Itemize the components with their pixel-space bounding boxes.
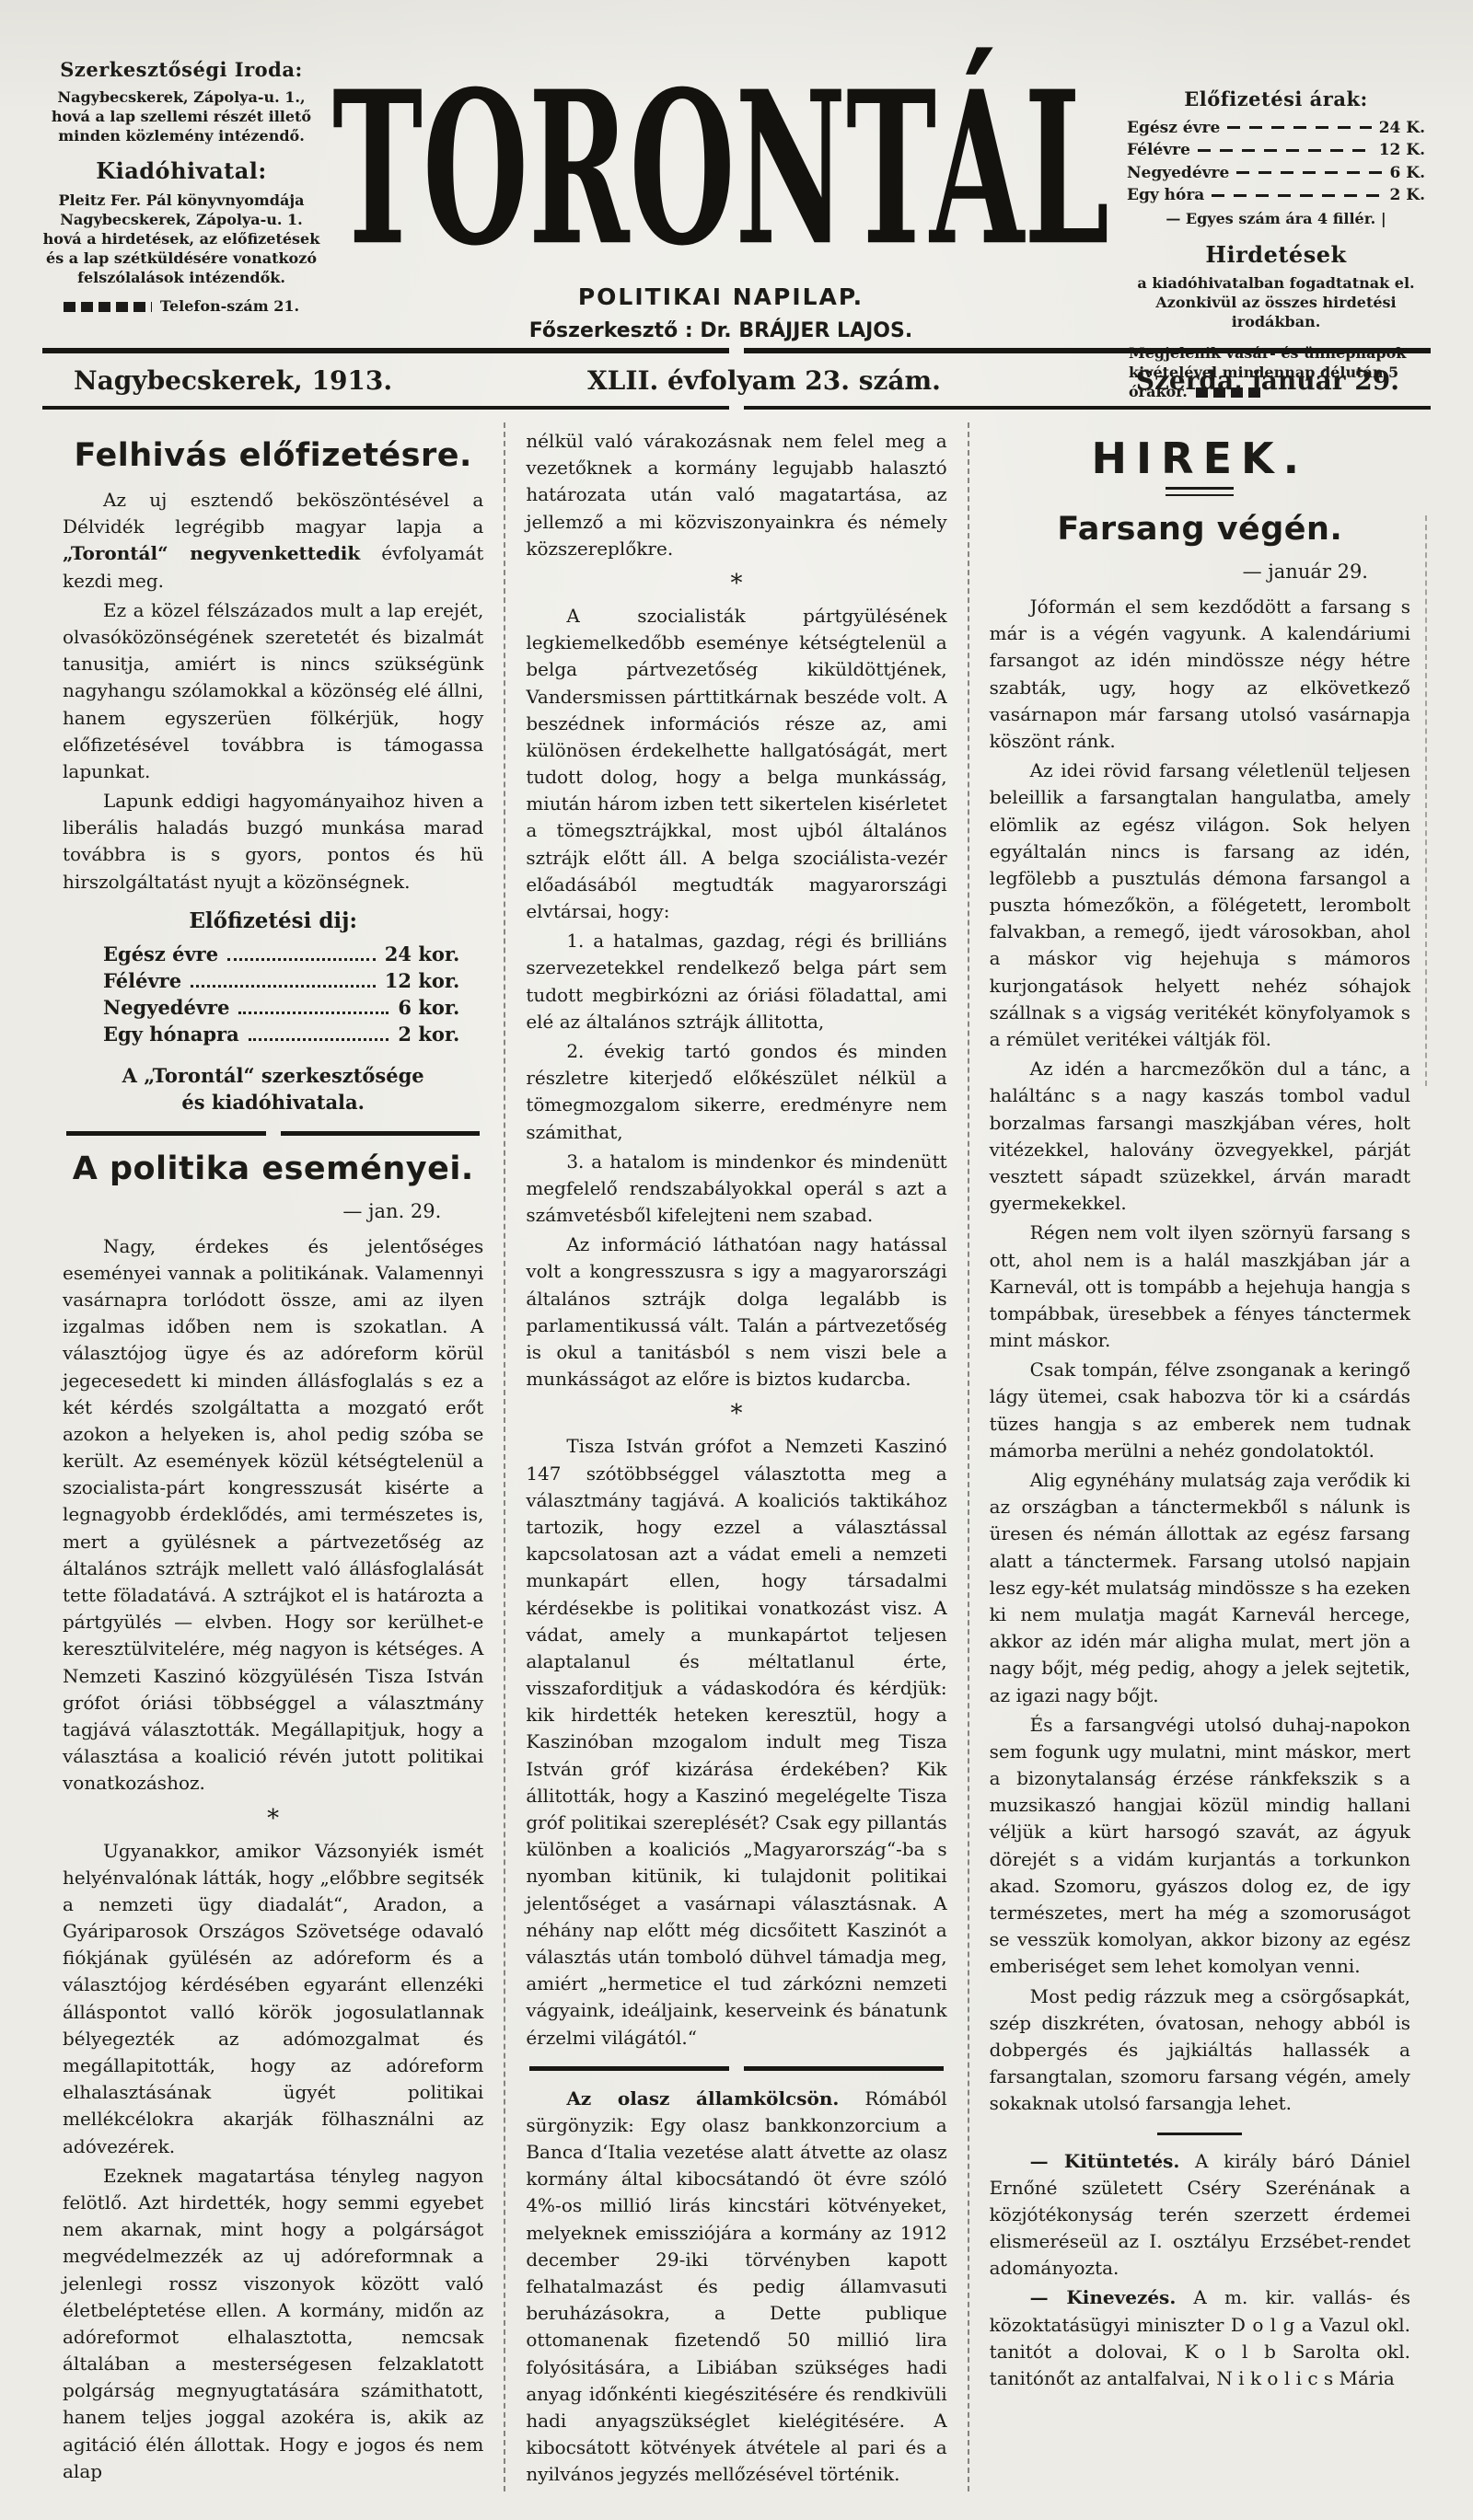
- chief-editor-line: Főszerkesztő : Dr. BRÁJJER LAJOS.: [326, 319, 1116, 342]
- decorative-rule-blocks: [64, 302, 152, 312]
- subscription-value: 6 K.: [1390, 163, 1425, 183]
- subscription-row: Egy hóra 2 K.: [1121, 184, 1431, 206]
- article-politika: A politika eseményei. — jan. 29. Nagy, é…: [63, 1150, 483, 2485]
- dateline-date: Szerda, január 29.: [1136, 365, 1399, 396]
- news-lead: — Kitüntetés.: [1030, 2150, 1180, 2172]
- price-row: Félévre 12 kor.: [63, 967, 483, 994]
- price-value: 24 kor.: [385, 942, 460, 965]
- dash-leader: [1227, 126, 1371, 129]
- signature-line-1: A „Torontál“ szerkesztősége: [63, 1062, 483, 1089]
- paragraph: Most pedig rázzuk meg a csörgősapkát, sz…: [990, 1983, 1410, 2118]
- publisher-office-address: Pleitz Fer. Pál könyvnyomdája Nagybecske…: [42, 191, 320, 288]
- paragraph: A szocialisták pártgyülésének legkiemelk…: [526, 603, 946, 925]
- article-divider: [66, 1131, 480, 1136]
- subscription-label: Egy hóra: [1127, 185, 1204, 205]
- star-separator: *: [526, 1402, 946, 1426]
- paragraph: Az idén a harcmezőkön dul a tánc, a halá…: [990, 1056, 1410, 1217]
- dash-leader: [1212, 194, 1382, 197]
- paragraph: Ugyanakkor, amikor Vázsonyiék ismét hely…: [63, 1838, 483, 2160]
- dot-leader: [238, 1011, 389, 1014]
- paragraph: Ez a közel félszázados mult a lap erejét…: [63, 597, 483, 785]
- paragraph: Tisza István grófot a Nemzeti Kaszinó 14…: [526, 1433, 946, 2051]
- subscription-row: Egész évre 24 K.: [1121, 117, 1431, 139]
- news-text: Rómából sürgönyzik: Egy olasz bankkonzor…: [526, 2087, 946, 2486]
- price-value: 12 kor.: [385, 969, 460, 992]
- price-label: Egész évre: [103, 942, 218, 965]
- paragraph: És a farsangvégi utolsó duhaj-napokon se…: [990, 1712, 1410, 1981]
- signature: A „Torontál“ szerkesztősége és kiadóhiva…: [63, 1062, 483, 1116]
- paragraph-bold: „Torontál“ negyvenkettedik: [63, 542, 360, 564]
- signature-line-2: és kiadóhivatala.: [63, 1089, 483, 1116]
- subscription-value: 24 K.: [1379, 118, 1425, 138]
- article-title: Farsang végén.: [990, 511, 1410, 548]
- single-issue-price: — Egyes szám ára 4 fillér. |: [1121, 209, 1431, 228]
- column-2: nélkül való várakozásnak nem felel meg a…: [504, 422, 967, 2491]
- price-label: Negyedévre: [103, 996, 229, 1019]
- paragraph: Csak tompán, félve zsonganak a keringő l…: [990, 1357, 1410, 1464]
- subscription-label: Egész évre: [1127, 118, 1220, 138]
- phone-line: Telefon-szám 21.: [42, 296, 320, 316]
- price-row: Negyedévre 6 kor.: [63, 994, 483, 1021]
- paragraph: Nagy, érdekes és jelentőséges eseményei …: [63, 1233, 483, 1798]
- article-divider: [529, 2066, 943, 2071]
- dot-leader: [191, 985, 376, 988]
- publisher-office-title: Kiadóhivatal:: [42, 156, 320, 186]
- price-value: 2 kor.: [398, 1023, 459, 1046]
- paragraph: Az információ láthatóan nagy hatással vo…: [526, 1231, 946, 1393]
- editorial-office-box: Szerkesztőségi Iroda: Nagybecskerek, Záp…: [42, 39, 320, 348]
- price-label: Egy hónapra: [103, 1023, 239, 1046]
- news-lead: — Kinevezés.: [1030, 2286, 1177, 2308]
- price-row: Egész évre 24 kor.: [63, 941, 483, 967]
- paragraph: 2. évekig tartó gondos és minden részlet…: [526, 1038, 946, 1146]
- ads-text: a kiadóhivatalban fogadtatnak el. Azonki…: [1121, 273, 1431, 331]
- paragraph-continuation: nélkül való várakozásnak nem felel meg a…: [526, 428, 946, 562]
- news-divider: [1157, 2133, 1242, 2135]
- body-columns: Felhivás előfizetésre. Az uj esztendő be…: [0, 410, 1473, 2491]
- news-item: — Kinevezés. A m. kir. vallás- és közokt…: [990, 2284, 1410, 2392]
- phone-number: Telefon-szám 21.: [160, 297, 299, 315]
- news-item: — Kitüntetés. A király báró Dániel Ernőn…: [990, 2148, 1410, 2283]
- star-separator: *: [526, 572, 946, 595]
- article-dateline: — jan. 29.: [63, 1200, 483, 1222]
- masthead-title: TORONTÁL: [332, 44, 1109, 289]
- paragraph: 3. a hatalom is mindenkor és mindenütt m…: [526, 1149, 946, 1230]
- paragraph: Az idei rövid farsang véletlenül teljese…: [990, 757, 1410, 1053]
- price-value: 6 kor.: [398, 996, 459, 1019]
- subscription-row: Negyedévre 6 K.: [1121, 162, 1431, 184]
- article-title: Felhivás előfizetésre.: [63, 437, 483, 474]
- article-farsang-vegen: Farsang végén. — január 29. Jóformán el …: [990, 511, 1410, 2118]
- subscription-box: Előfizetési árak: Egész évre 24 K. Félév…: [1121, 39, 1431, 348]
- subscription-label: Negyedévre: [1127, 163, 1229, 183]
- dash-leader: [1198, 149, 1372, 152]
- article-felhivas: Felhivás előfizetésre. Az uj esztendő be…: [63, 437, 483, 1116]
- price-list-title: Előfizetési dij:: [63, 908, 483, 933]
- masthead-logo: TORONTÁL: [326, 39, 1116, 289]
- editorial-office-address: Nagybecskerek, Zápolya-u. 1., hová a lap…: [42, 87, 320, 145]
- subscription-value: 12 K.: [1379, 140, 1425, 160]
- subscription-row: Félévre 12 K.: [1121, 139, 1431, 161]
- masthead: TORONTÁL POLITIKAI NAPILAP. Főszerkesztő…: [320, 39, 1121, 348]
- news-paragraph: Az olasz államkölcsön. Rómából sürgönyzi…: [526, 2086, 946, 2489]
- column-1: Felhivás előfizetésre. Az uj esztendő be…: [42, 422, 504, 2491]
- newspaper-page: Szerkesztőségi Iroda: Nagybecskerek, Záp…: [0, 0, 1473, 2520]
- paragraph: Az uj esztendő beköszöntésével a Délvidé…: [63, 487, 483, 595]
- newspaper-header: Szerkesztőségi Iroda: Nagybecskerek, Záp…: [0, 0, 1473, 348]
- paragraph-text: Az uj esztendő beköszöntésével a Délvidé…: [63, 489, 483, 538]
- section-title-hirek: HIREK.: [990, 433, 1410, 483]
- paragraph: Régen nem volt ilyen szörnyü farsang s o…: [990, 1220, 1410, 1354]
- article-dateline: — január 29.: [990, 561, 1410, 583]
- price-list: Egész évre 24 kor. Félévre 12 kor. Negye…: [63, 941, 483, 1047]
- price-label: Félévre: [103, 969, 181, 992]
- column-3: HIREK. Farsang végén. — január 29. Jófor…: [968, 422, 1431, 2491]
- article-olasz-allamkolcson: Az olasz államkölcsön. Rómából sürgönyzi…: [526, 2086, 946, 2489]
- news-lead: Az olasz államkölcsön.: [566, 2087, 839, 2110]
- paragraph: Ezeknek magatartása tényleg nagyon felöt…: [63, 2163, 483, 2485]
- paragraph: 1. a hatalmas, gazdag, régi és brilliáns…: [526, 928, 946, 1035]
- dateline-issue: XLII. évfolyam 23. szám.: [587, 365, 941, 396]
- article-title: A politika eseményei.: [63, 1150, 483, 1187]
- dash-leader: [1236, 171, 1382, 174]
- paragraph: Jóformán el sem kezdődött a farsang s má…: [990, 594, 1410, 755]
- editorial-office-title: Szerkesztőségi Iroda:: [42, 57, 320, 83]
- paragraph: Alig egynéhány mulatság zaja verődik ki …: [990, 1467, 1410, 1709]
- section-title-underline: [1166, 487, 1234, 496]
- subscription-label: Félévre: [1127, 140, 1190, 160]
- subscription-title: Előfizetési árak:: [1121, 87, 1431, 112]
- paragraph: Lapunk eddigi hagyományaihoz hiven a lib…: [63, 788, 483, 896]
- dot-leader: [227, 958, 376, 961]
- dot-leader: [249, 1038, 389, 1041]
- ads-title: Hirdetések: [1121, 240, 1431, 270]
- subscription-value: 2 K.: [1390, 185, 1425, 205]
- dateline-place: Nagybecskerek, 1913.: [74, 365, 392, 396]
- star-separator: *: [63, 1807, 483, 1831]
- price-row: Egy hónapra 2 kor.: [63, 1021, 483, 1047]
- scan-edge-rule: [1425, 515, 1427, 1086]
